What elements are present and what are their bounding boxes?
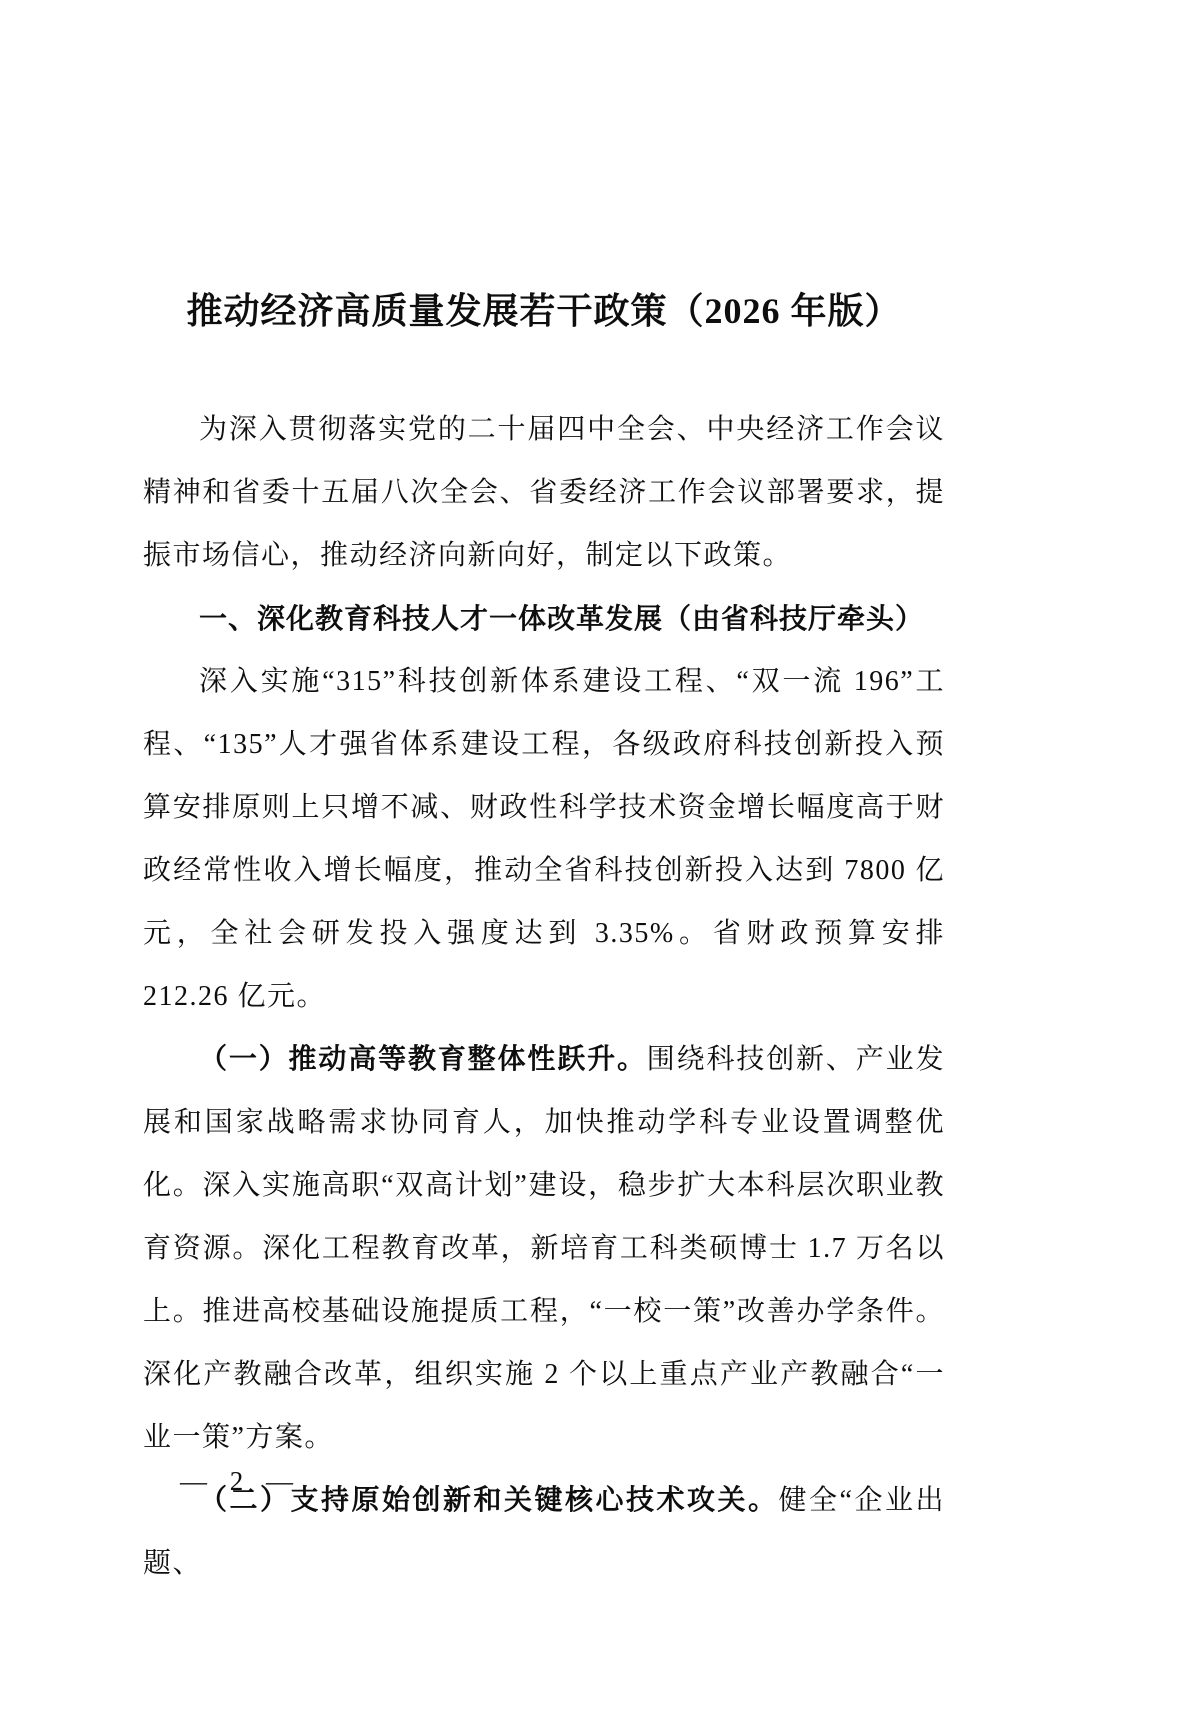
document-page: 推动经济高质量发展若干政策（2026 年版） 为深入贯彻落实党的二十届四中全会、… [0,0,1191,1730]
paragraph-text: 深入实施“315”科技创新体系建设工程、“双一流 196”工程、“135”人才强… [143,666,945,1012]
paragraph-science-investment: 深入实施“315”科技创新体系建设工程、“双一流 196”工程、“135”人才强… [143,650,945,1028]
document-title: 推动经济高质量发展若干政策（2026 年版） [143,288,945,334]
paragraph-text: 围绕科技创新、产业发展和国家战略需求协同育人，加快推动学科专业设置调整优化。深入… [143,1044,945,1453]
page-number: — 2 — [180,1466,301,1497]
paragraph-higher-education: （一）推动高等教育整体性跃升。围绕科技创新、产业发展和国家战略需求协同育人，加快… [143,1028,945,1469]
document-content: 推动经济高质量发展若干政策（2026 年版） 为深入贯彻落实党的二十届四中全会、… [143,288,945,1595]
document-body: 为深入贯彻落实党的二十届四中全会、中央经济工作会议精神和省委十五届八次全会、省委… [143,398,945,1595]
paragraph-lead: （一）推动高等教育整体性跃升。 [199,1044,647,1075]
intro-paragraph: 为深入贯彻落实党的二十届四中全会、中央经济工作会议精神和省委十五届八次全会、省委… [143,398,945,587]
section-heading-1: 一、深化教育科技人才一体改革发展（由省科技厅牵头） [143,587,945,650]
